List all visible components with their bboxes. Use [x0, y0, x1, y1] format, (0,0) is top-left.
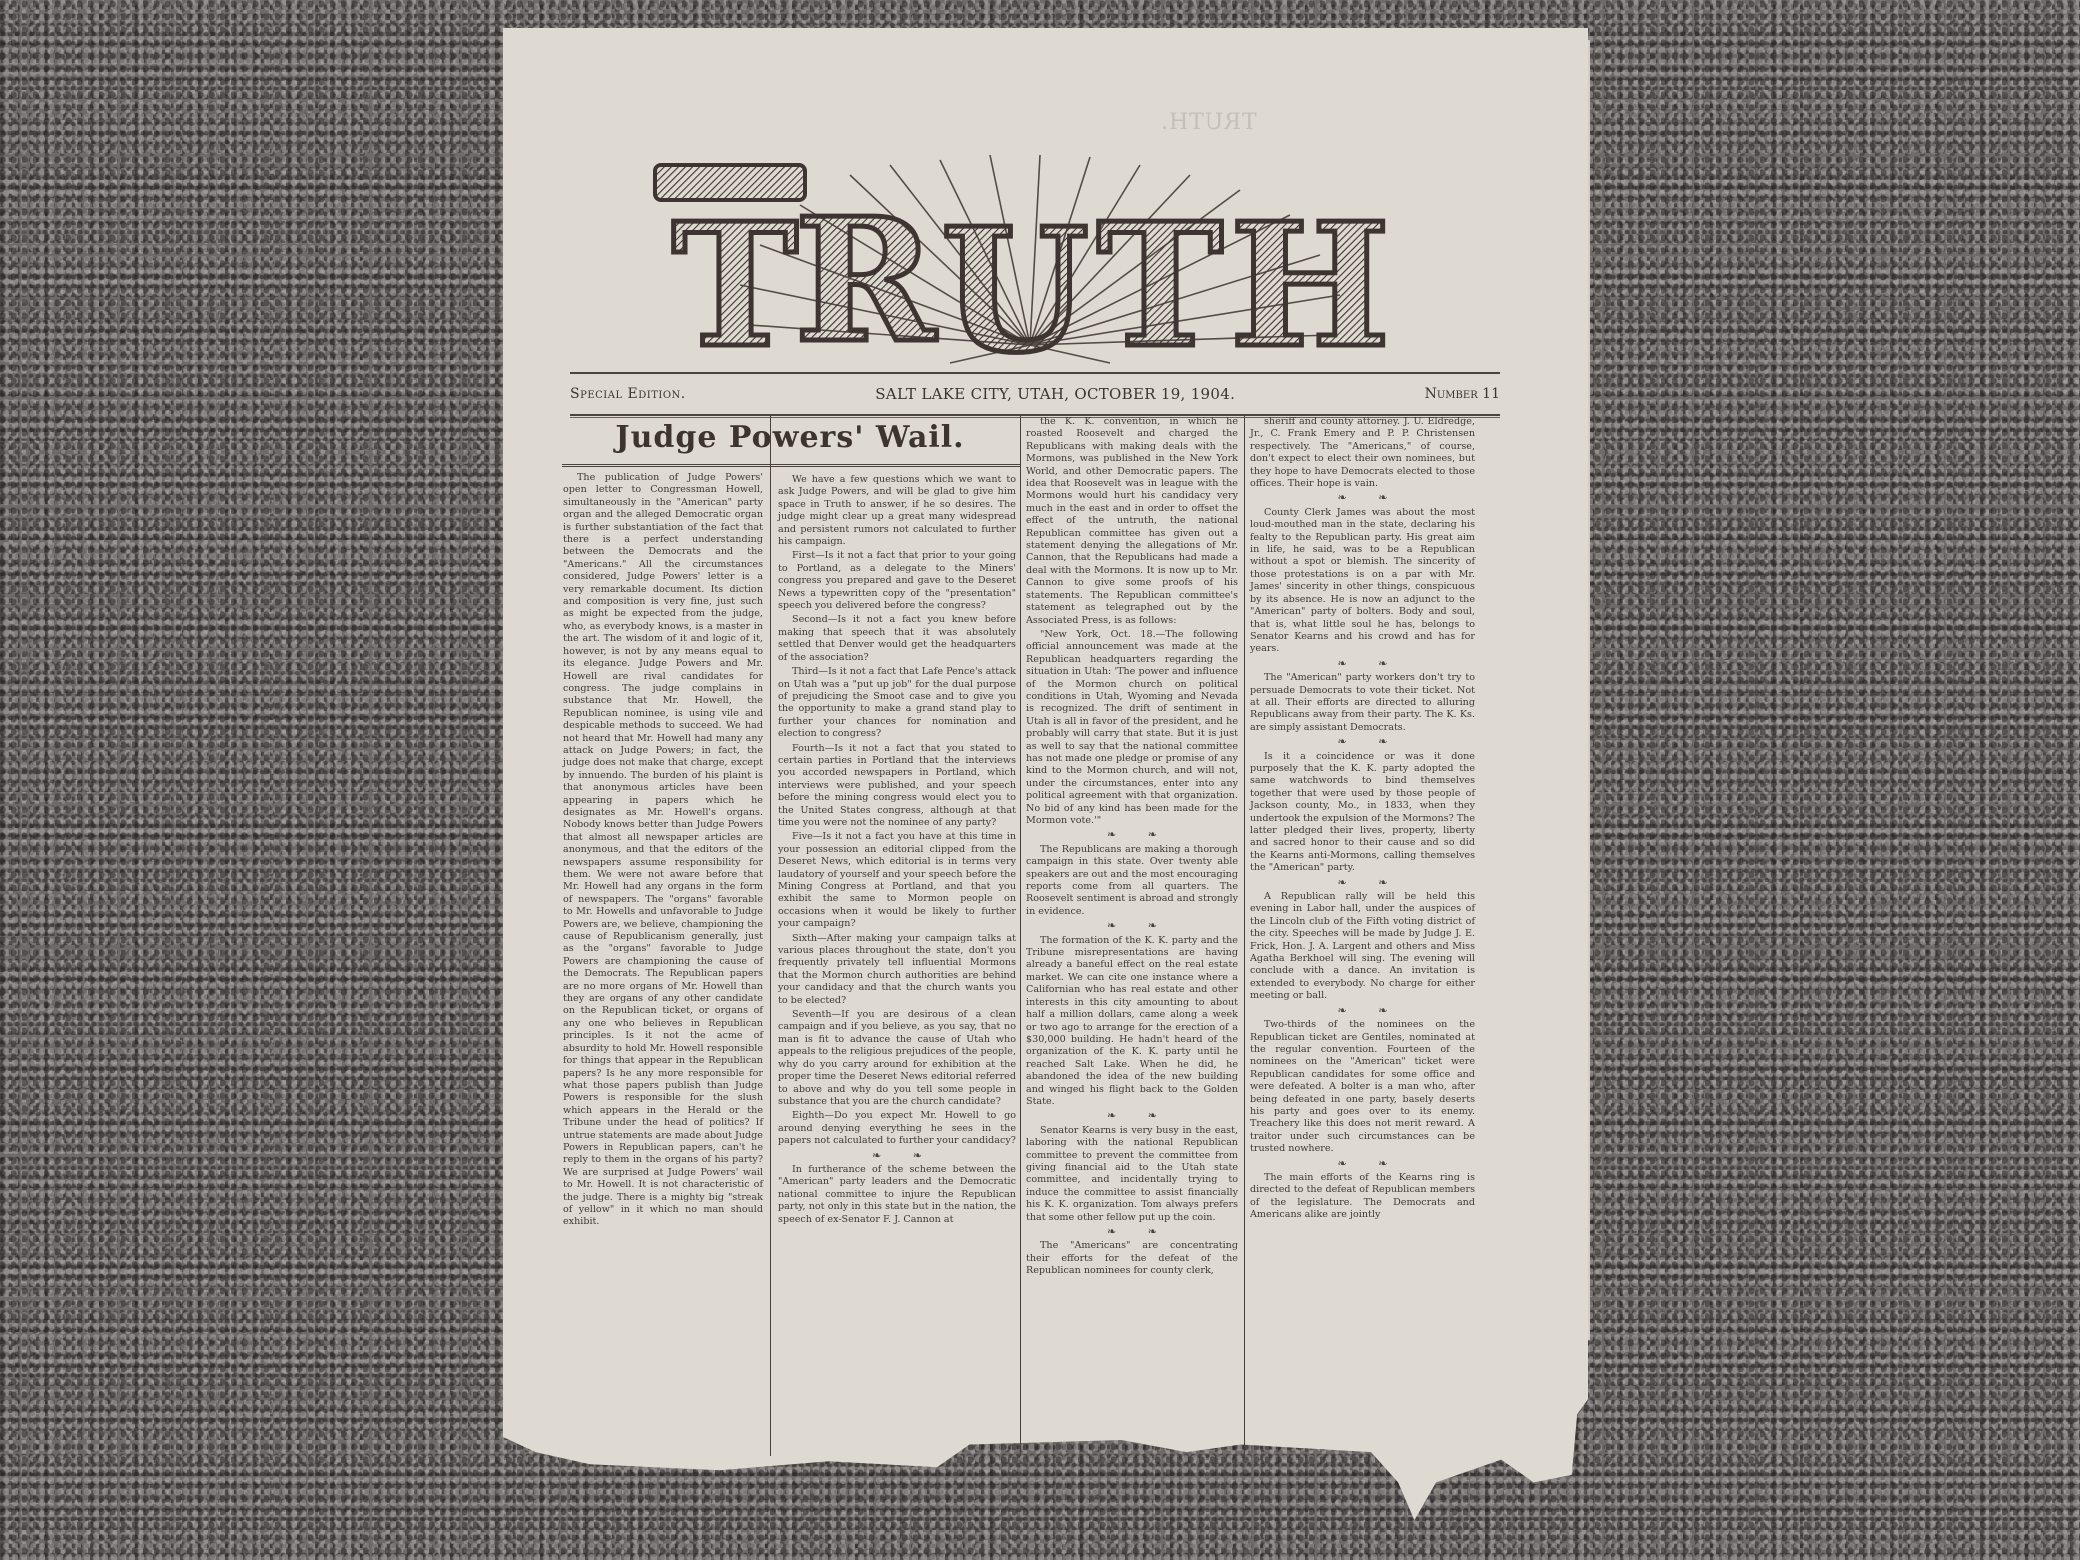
article-paragraph: Sixth—After making your campaign talks a… — [778, 933, 1016, 1007]
article-headline: Judge Powers' Wail. — [560, 412, 1020, 464]
ornament-divider-icon: ❧ ❧ — [778, 1150, 1016, 1162]
issue-number: Number 11 — [1425, 386, 1500, 402]
article-paragraph: First—Is it not a fact that prior to you… — [778, 550, 1016, 612]
sunburst-masthead-icon: T R U T H — [650, 145, 1410, 365]
ornament-divider-icon: ❧ ❧ — [1250, 492, 1475, 504]
ornament-divider-icon: ❧ ❧ — [1250, 1005, 1475, 1017]
ornament-divider-icon: ❧ ❧ — [1026, 1226, 1238, 1238]
article-paragraph: The Republicans are making a thorough ca… — [1026, 844, 1238, 918]
svg-text:U: U — [941, 191, 1089, 365]
column-rule — [1244, 416, 1245, 1456]
article-paragraph: Fourth—Is it not a fact that you stated … — [778, 743, 1016, 830]
column-rule — [1020, 416, 1021, 1456]
headline-divider — [562, 464, 1020, 467]
article-paragraph: "New York, Oct. 18.—The following offici… — [1026, 629, 1238, 828]
article-paragraph: The "American" party workers don't try t… — [1250, 672, 1475, 734]
article-paragraph: County Clerk James was about the most lo… — [1250, 507, 1475, 656]
svg-text:T: T — [672, 186, 799, 365]
article-paragraph: Is it a coincidence or was it done purpo… — [1250, 751, 1475, 875]
ornament-divider-icon: ❧ ❧ — [1026, 920, 1238, 932]
article-paragraph: the K. K. convention, in which he roaste… — [1026, 416, 1238, 627]
article-paragraph: In furtherance of the scheme between the… — [778, 1164, 1016, 1226]
bleed-through-title: TRUTH. — [1160, 110, 1257, 135]
article-column-4: sheriff and county attorney. J. U. Eldre… — [1250, 416, 1475, 1224]
masthead-truth: T R U T H — [650, 145, 1410, 365]
edition-label: Special Edition. — [570, 386, 686, 402]
ornament-divider-icon: ❧ ❧ — [1026, 1110, 1238, 1122]
ornament-divider-icon: ❧ ❧ — [1250, 877, 1475, 889]
ornament-divider-icon: ❧ ❧ — [1250, 1158, 1475, 1170]
article-paragraph: Eighth—Do you expect Mr. Howell to go ar… — [778, 1110, 1016, 1147]
article-paragraph: The formation of the K. K. party and the… — [1026, 935, 1238, 1109]
article-paragraph: Seventh—If you are desirous of a clean c… — [778, 1009, 1016, 1108]
article-column-2: We have a few questions which we want to… — [778, 474, 1016, 1228]
article-column-1: The publication of Judge Powers' open le… — [563, 472, 763, 1231]
svg-text:H: H — [1230, 186, 1391, 365]
article-paragraph: The publication of Judge Powers' open le… — [563, 472, 763, 1229]
ornament-divider-icon: ❧ ❧ — [1250, 658, 1475, 670]
article-column-3: the K. K. convention, in which he roaste… — [1026, 416, 1238, 1280]
article-paragraph: Five—Is it not a fact you have at this t… — [778, 831, 1016, 930]
article-paragraph: sheriff and county attorney. J. U. Eldre… — [1250, 416, 1475, 490]
article-paragraph: Two-thirds of the nominees on the Republ… — [1250, 1019, 1475, 1155]
ornament-divider-icon: ❧ ❧ — [1026, 829, 1238, 841]
dateline-place-date: SALT LAKE CITY, UTAH, OCTOBER 19, 1904. — [875, 385, 1235, 403]
column-rule — [770, 416, 771, 1456]
article-paragraph: Second—Is it not a fact you knew before … — [778, 614, 1016, 664]
article-paragraph: A Republican rally will be held this eve… — [1250, 891, 1475, 1003]
article-paragraph: The "Americans" are concentrating their … — [1026, 1240, 1238, 1277]
svg-text:R: R — [794, 181, 937, 365]
article-paragraph: Senator Kearns is very busy in the east,… — [1026, 1125, 1238, 1224]
article-paragraph: We have a few questions which we want to… — [778, 474, 1016, 548]
dateline-bar: Special Edition. SALT LAKE CITY, UTAH, O… — [570, 372, 1500, 416]
ornament-divider-icon: ❧ ❧ — [1250, 736, 1475, 748]
article-paragraph: Third—Is it not a fact that Lafe Pence's… — [778, 666, 1016, 740]
article-paragraph: The main efforts of the Kearns ring is d… — [1250, 1172, 1475, 1222]
svg-text:T: T — [1097, 186, 1224, 365]
